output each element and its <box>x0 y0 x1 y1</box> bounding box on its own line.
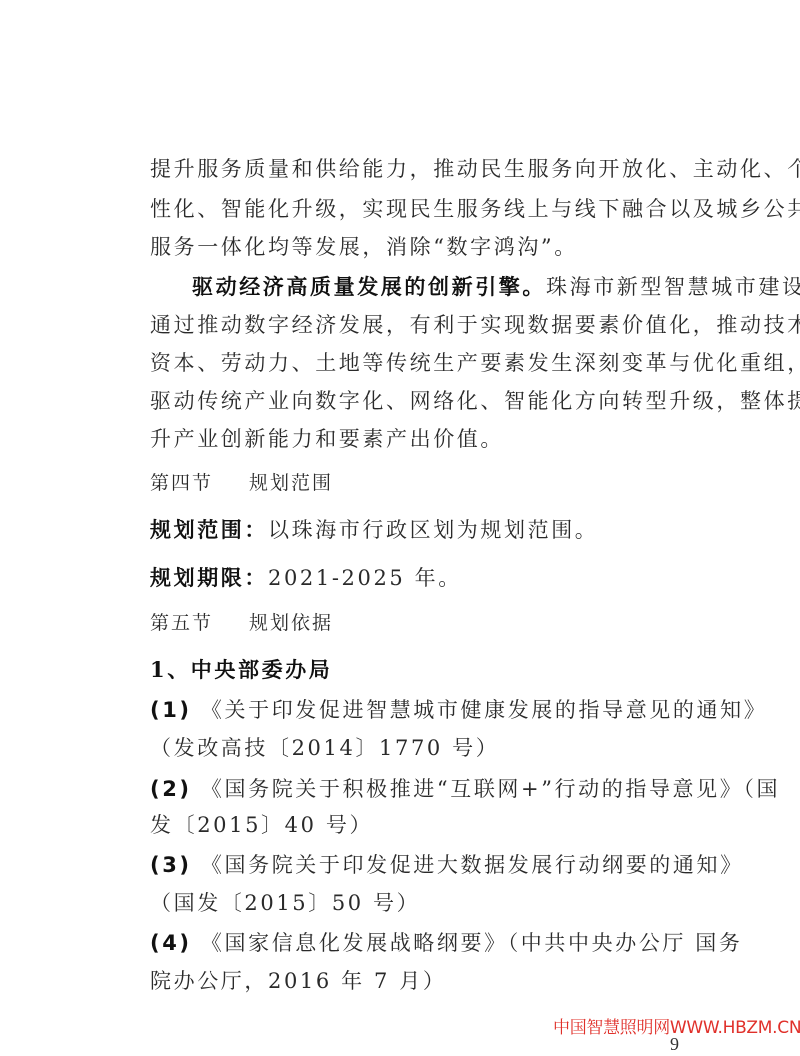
reference-title: 《关于印发促进智慧城市健康发展的指导意见的通知》 <box>201 698 767 722</box>
reference-continuation: 发〔2015〕40 号） <box>150 810 373 840</box>
reference-continuation: 院办公厅，2016 年 7 月） <box>150 966 446 996</box>
section-title: 规划范围 <box>249 472 333 494</box>
scope-label: 规划范围： <box>150 517 268 542</box>
scope-line: 规划范围：以珠海市行政区划为规划范围。 <box>150 515 598 545</box>
reference-title: 《国务院关于积极推进“互联网+”行动的指导意见》（国 <box>201 777 780 801</box>
reference-title: 《国务院关于印发促进大数据发展行动纲要的通知》 <box>201 853 744 877</box>
document-page: 提升服务质量和供给能力，推动民生服务向开放化、主动化、个 性化、智能化升级，实现… <box>0 0 800 1056</box>
reference-title: 《国家信息化发展战略纲要》（中共中央办公厅 国务 <box>201 931 743 955</box>
reference-item: (4) 《国家信息化发展战略纲要》（中共中央办公厅 国务 <box>150 928 742 958</box>
paragraph-line: 驱动传统产业向数字化、网络化、智能化方向转型升级，整体提 <box>150 386 800 416</box>
paragraph-line: 升产业创新能力和要素产出价值。 <box>150 424 504 454</box>
paragraph-line: 提升服务质量和供给能力，推动民生服务向开放化、主动化、个 <box>150 154 800 184</box>
reference-number: (2) <box>150 777 192 801</box>
period-line: 规划期限：2021-2025 年。 <box>150 563 462 593</box>
reference-continuation: （国发〔2015〕50 号） <box>150 888 420 918</box>
paragraph-line: 资本、劳动力、土地等传统生产要素发生深刻变革与优化重组， <box>150 348 800 378</box>
section-heading-5: 第五节规划依据 <box>150 608 333 638</box>
reference-continuation: （发改高技〔2014〕1770 号） <box>150 733 499 763</box>
period-text: 2021-2025 年。 <box>268 566 462 590</box>
reference-number: (4) <box>150 931 192 955</box>
reference-number: (1) <box>150 698 192 722</box>
reference-item: (3) 《国务院关于印发促进大数据发展行动纲要的通知》 <box>150 850 744 880</box>
lead-rest: 珠海市新型智慧城市建设 <box>546 275 800 299</box>
paragraph-line: 性化、智能化升级，实现民生服务线上与线下融合以及城乡公共 <box>150 194 800 224</box>
section-title: 规划依据 <box>249 612 333 634</box>
reference-item: (1) 《关于印发促进智慧城市健康发展的指导意见的通知》 <box>150 695 767 725</box>
paragraph-line: 驱动经济高质量发展的创新引擎。珠海市新型智慧城市建设 <box>150 272 800 302</box>
basis-heading: 1、中央部委办局 <box>150 655 332 685</box>
reference-item: (2) 《国务院关于积极推进“互联网+”行动的指导意见》（国 <box>150 774 780 804</box>
reference-number: (3) <box>150 853 192 877</box>
paragraph-line: 通过推动数字经济发展，有利于实现数据要素价值化，推动技术、 <box>150 310 800 340</box>
section-heading-4: 第四节规划范围 <box>150 468 333 498</box>
bold-lead: 驱动经济高质量发展的创新引擎。 <box>192 274 546 299</box>
section-number: 第四节 <box>150 472 213 494</box>
paragraph-line: 服务一体化均等发展，消除“数字鸿沟”。 <box>150 232 578 262</box>
page-number: 9 <box>670 1034 679 1055</box>
period-label: 规划期限： <box>150 565 268 590</box>
scope-text: 以珠海市行政区划为规划范围。 <box>268 518 598 542</box>
section-number: 第五节 <box>150 612 213 634</box>
